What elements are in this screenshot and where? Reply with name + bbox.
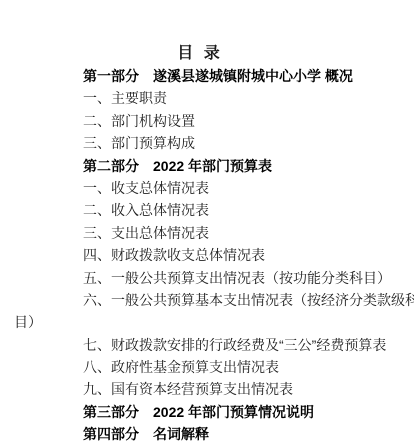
toc-entry: 一、主要职责 — [0, 87, 414, 109]
toc-entry: 四、财政拨款收支总体情况表 — [0, 244, 414, 266]
toc-entry-part-2: 第二部分 2022 年部门预算表 — [0, 155, 414, 177]
toc-entry: 一、收支总体情况表 — [0, 177, 414, 199]
document-page: 目 录 第一部分 遂溪县遂城镇附城中心小学 概况 一、主要职责 二、部门机构设置… — [0, 0, 414, 443]
toc-entry-part-4: 第四部分 名词解释 — [0, 423, 414, 443]
page-title: 目 录 — [0, 44, 400, 64]
toc-entry-part-1: 第一部分 遂溪县遂城镇附城中心小学 概况 — [0, 65, 414, 87]
toc-entry: 七、财政拨款安排的行政经费及“三公”经费预算表 — [0, 334, 414, 356]
toc-entry: 三、支出总体情况表 — [0, 222, 414, 244]
toc-entry: 三、部门预算构成 — [0, 132, 414, 154]
toc-entry-wrapped: 目） — [0, 311, 414, 333]
table-of-contents: 第一部分 遂溪县遂城镇附城中心小学 概况 一、主要职责 二、部门机构设置 三、部… — [0, 65, 414, 443]
toc-entry: 五、一般公共预算支出情况表（按功能分类科目） — [0, 267, 414, 289]
toc-entry: 九、国有资本经营预算支出情况表 — [0, 378, 414, 400]
toc-entry: 六、一般公共预算基本支出情况表（按经济分类款级科 — [0, 289, 414, 311]
toc-entry: 二、部门机构设置 — [0, 110, 414, 132]
toc-entry-part-3: 第三部分 2022 年部门预算情况说明 — [0, 401, 414, 423]
toc-entry: 八、政府性基金预算支出情况表 — [0, 356, 414, 378]
toc-entry: 二、收入总体情况表 — [0, 199, 414, 221]
